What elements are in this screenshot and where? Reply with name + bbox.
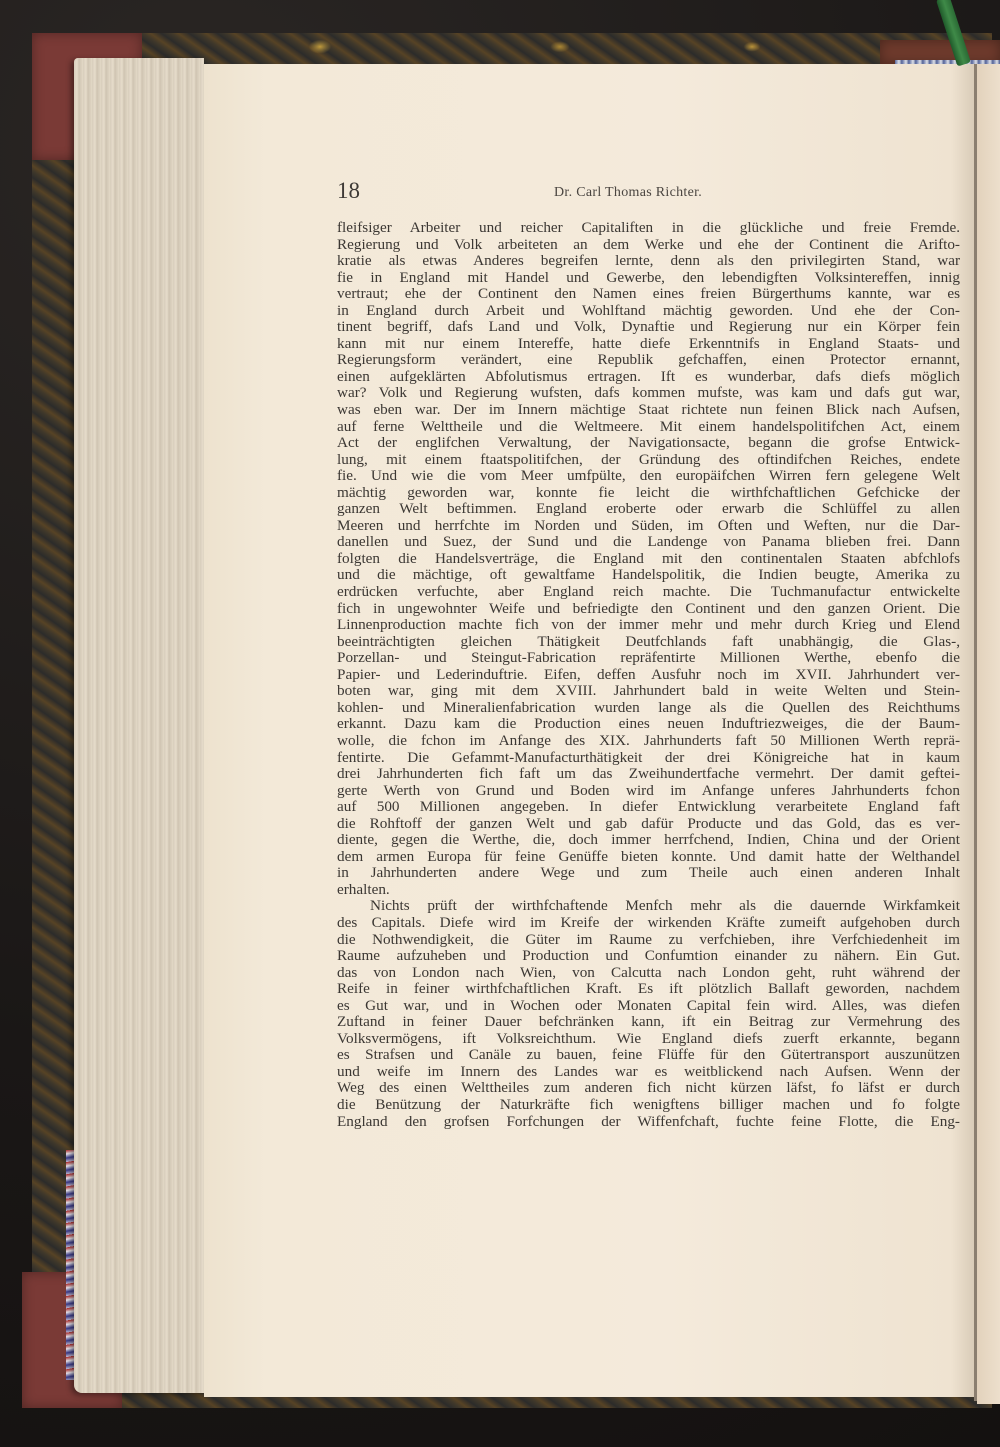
text-line: boten war, ging mit dem XVIII. Jahrhunde… — [337, 683, 960, 700]
text-line: Zuftand in feiner Dauer befchränken kann… — [337, 1014, 960, 1031]
text-line: das von London nach Wien, von Calcutta n… — [337, 965, 960, 982]
text-line: Porzellan- und Steingut-Fabrication repr… — [337, 650, 960, 667]
text-line: in Jahrhunderten andere Wege und zum The… — [337, 865, 960, 882]
text-line: lung, mit einem ftaatspolitifchen, der G… — [337, 452, 960, 469]
text-line: kratie als etwas Anderes begreifen lernt… — [337, 253, 960, 270]
page-block-edges — [74, 58, 204, 1393]
page-number: 18 — [337, 178, 360, 204]
text-line: in England durch Arbeit und Wohlftand mä… — [337, 303, 960, 320]
text-line: Act der englifchen Verwaltung, der Navig… — [337, 435, 960, 452]
text-line: fentirte. Die Gefammt-Manufacturthätigke… — [337, 750, 960, 767]
text-line: es Strafsen und Canäle zu bauen, feine F… — [337, 1047, 960, 1064]
text-line: es Gut war, und in Wochen oder Monaten C… — [337, 998, 960, 1015]
text-line: Regierungsform verändert, eine Republik … — [337, 352, 960, 369]
text-line: Meeren und herrfchte im Norden und Süden… — [337, 518, 960, 535]
text-line: England den grofsen Forfchungen der Wiff… — [337, 1114, 960, 1131]
text-line: folgten die Handelsverträge, die England… — [337, 551, 960, 568]
text-line: Papier- und Lederinduftrie. Eifen, deffe… — [337, 667, 960, 684]
text-line: Raume aufzuheben und Production und Conf… — [337, 948, 960, 965]
text-line: wolle, die fchon im Anfange des XIX. Jah… — [337, 733, 960, 750]
text-line: Linnenproduction machte fich von der imm… — [337, 617, 960, 634]
text-line: des Capitals. Diefe wird im Kreife der w… — [337, 915, 960, 932]
facing-page-edge — [977, 64, 1000, 1404]
text-line: und die mächtige, oft gewaltfame Handels… — [337, 567, 960, 584]
text-line: fie in England mit Handel und Gewerbe, d… — [337, 270, 960, 287]
text-line: und weife im Innern des Landes war es we… — [337, 1064, 960, 1081]
text-line: auf ferne Welttheile und die Weltmeere. … — [337, 419, 960, 436]
text-line: auf 500 Millionen angegeben. In diefer E… — [337, 799, 960, 816]
paragraph-start-line: Nichts prüft der wirthfchaftende Menfch … — [337, 898, 960, 915]
text-line: fich in ungewohnter Weife und befriedigt… — [337, 601, 960, 618]
text-line: beeinträchtigten gleichen Thätigkeit Deu… — [337, 634, 960, 651]
text-line: dem armen Europa für feine Genüffe biete… — [337, 849, 960, 866]
text-line: Reife in feiner wirthfchaftlichen Kraft.… — [337, 981, 960, 998]
text-line: die Nothwendigkeit, die Güter im Raume z… — [337, 932, 960, 949]
text-line: erdrücken verfuchte, aber England reich … — [337, 584, 960, 601]
text-line: die Benützung der Naturkräfte fich wenig… — [337, 1097, 960, 1114]
text-line: gerte Werth von Grund und Boden wird im … — [337, 783, 960, 800]
text-line: was eben war. Der im Innern mächtige Sta… — [337, 402, 960, 419]
text-line: Volksvermögens, ift Volksreichthum. Wie … — [337, 1031, 960, 1048]
text-line: die Rohftoff der ganzen Welt und gab daf… — [337, 816, 960, 833]
text-line: mächtig geworden war, konnte fie leicht … — [337, 485, 960, 502]
text-line: Weg des einen Welttheiles zum anderen fi… — [337, 1080, 960, 1097]
text-line: kann mit nur einem Intereffe, hatte dief… — [337, 336, 960, 353]
text-line: erkannt. Dazu kam die Production eines n… — [337, 716, 960, 733]
paragraph-end-line: erhalten. — [337, 882, 960, 899]
text-line: Regierung und Volk arbeiteten an dem Wer… — [337, 237, 960, 254]
text-line: drei Jahrhunderten fich faft um das Zwei… — [337, 766, 960, 783]
text-line: vertraut; ehe der Continent den Namen ei… — [337, 286, 960, 303]
text-line: einen aufgeklärten Abfolutismus ertragen… — [337, 369, 960, 386]
running-head-author: Dr. Carl Thomas Richter. — [554, 185, 702, 201]
text-line: tinent begriff, dafs Land und Volk, Dyna… — [337, 319, 960, 336]
running-head: 18 Dr. Carl Thomas Richter. — [337, 178, 957, 208]
text-line: kohlen- und Mineralienfabrication wurden… — [337, 700, 960, 717]
body-text: fleifsiger Arbeiter und reicher Capitali… — [337, 220, 960, 1130]
text-line: fie. Und wie die vom Meer umfpülte, den … — [337, 468, 960, 485]
text-line: diente, gegen die Werthe, die, doch imme… — [337, 832, 960, 849]
text-line: war? Volk und Regierung wufsten, dafs ko… — [337, 385, 960, 402]
text-line: danellen und Suez, der Sund und die Land… — [337, 534, 960, 551]
text-line: ganzen Welt beftimmen. England eroberte … — [337, 501, 960, 518]
text-line: fleifsiger Arbeiter und reicher Capitali… — [337, 220, 960, 237]
